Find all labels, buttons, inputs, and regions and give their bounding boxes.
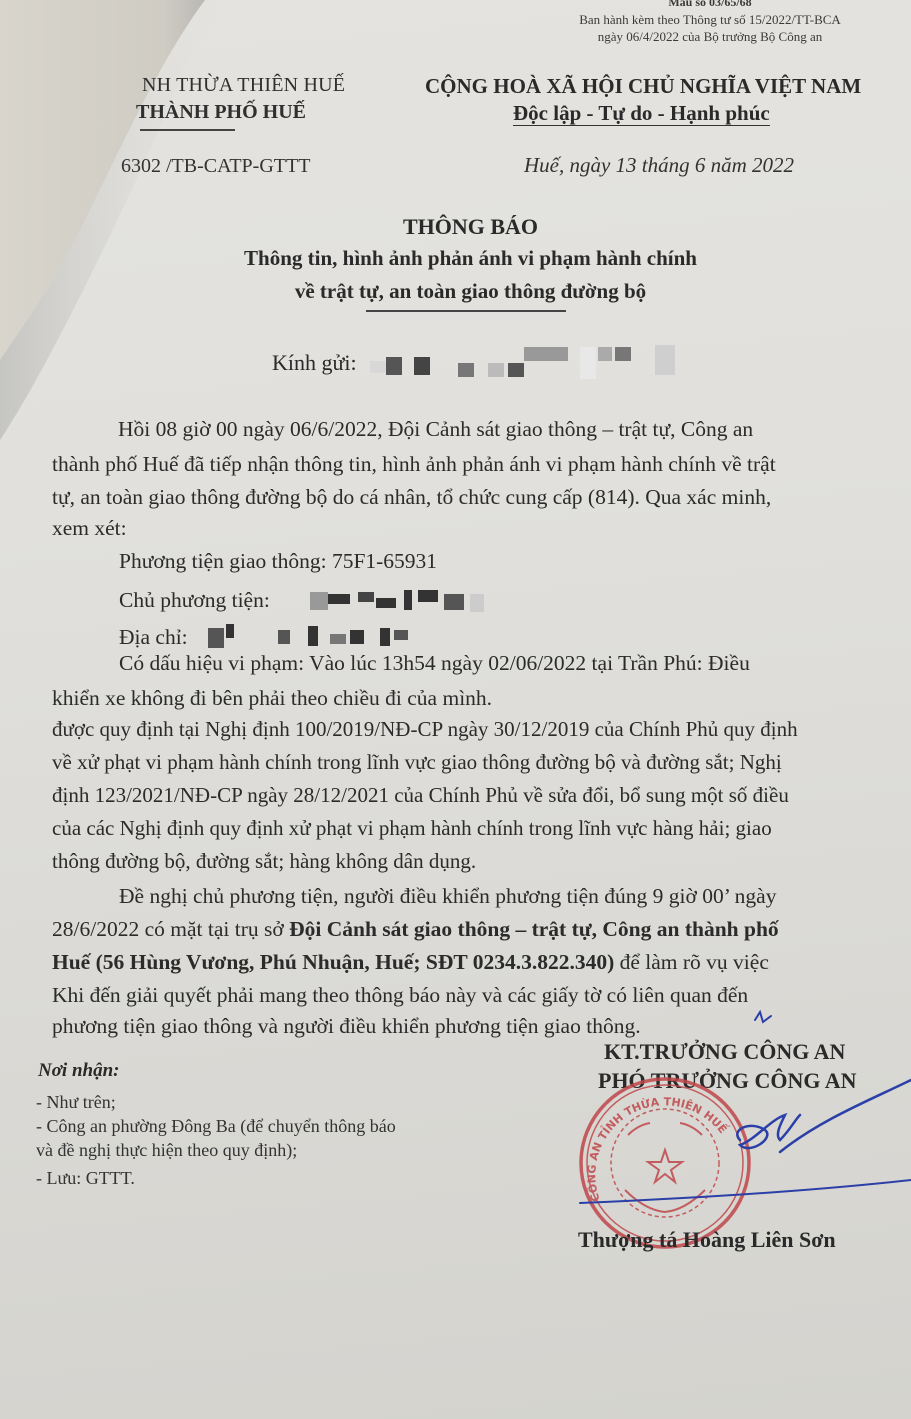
place-date: Huế, ngày 13 tháng 6 năm 2022 — [524, 153, 794, 178]
org-underline — [140, 129, 235, 131]
org-line-1: NH THỪA THIÊN HUẾ — [142, 74, 345, 97]
legal-line-5: thông đường bộ, đường sắt; hàng không dâ… — [52, 849, 476, 874]
signer-name: Thượng tá Hoàng Liên Sơn — [578, 1227, 836, 1253]
violation-line-2: khiển xe không đi bên phải theo chiều đi… — [52, 686, 492, 711]
recipient-item: - Công an phường Đông Ba (để chuyển thôn… — [36, 1116, 396, 1137]
stamp-text: CÔNG AN TỈNH THỪA THIÊN HUẾ — [585, 1095, 731, 1203]
document-number: 6302 /TB-CATP-GTTT — [121, 155, 310, 178]
request-line-1: Đề nghị chủ phương tiện, người điều khiể… — [119, 884, 776, 909]
request-line-5: phương tiện giao thông và người điều khi… — [52, 1014, 641, 1039]
intro-line-4: xem xét: — [52, 516, 127, 541]
intro-line-2: thành phố Huế đã tiếp nhận thông tin, hì… — [52, 452, 776, 477]
request-line-3: Huế (56 Hùng Vương, Phú Nhuận, Huế; SĐT … — [52, 950, 769, 975]
official-stamp-icon: CÔNG AN TỈNH THỪA THIÊN HUẾ — [581, 1079, 749, 1247]
vehicle-label: Phương tiện giao thông: — [119, 549, 327, 573]
form-code: Mẫu số 03/65/68 Ban hành kèm theo Thông … — [540, 0, 880, 45]
document-page: Mẫu số 03/65/68 Ban hành kèm theo Thông … — [0, 0, 911, 1419]
document-subtitle-2: về trật tự, an toàn giao thông đường bộ — [0, 279, 911, 304]
intro-line-3: tự, an toàn giao thông đường bộ do cá nh… — [52, 485, 771, 510]
form-code-date: ngày 06/4/2022 của Bộ trưởng Bộ Công an — [540, 28, 880, 45]
police-unit-name: Đội Cảnh sát giao thông – trật tự, Công … — [289, 917, 779, 941]
document-title: THÔNG BÁO — [0, 214, 911, 240]
form-code-number: Mẫu số 03/65/68 — [540, 0, 880, 11]
police-address: Huế (56 Hùng Vương, Phú Nhuận, Huế; SĐT … — [52, 950, 614, 974]
recipient-item: và đề nghị thực hiện theo quy định); — [36, 1140, 297, 1161]
recipient-item: - Lưu: GTTT. — [36, 1168, 135, 1189]
request-line-2-text: 28/6/2022 có mặt tại trụ sở — [52, 917, 289, 941]
recipients-title: Nơi nhận: — [38, 1060, 119, 1082]
request-line-3-text: để làm rõ vụ việc — [614, 950, 769, 974]
document-subtitle-1: Thông tin, hình ảnh phản ánh vi phạm hàn… — [0, 246, 911, 271]
legal-line-2: về xử phạt vi phạm hành chính trong lĩnh… — [52, 750, 782, 775]
vehicle-row: Phương tiện giao thông: 75F1-65931 — [119, 549, 437, 574]
request-line-2: 28/6/2022 có mặt tại trụ sở Đội Cảnh sát… — [52, 917, 779, 942]
legal-line-3: định 123/2021/NĐ-CP ngày 28/12/2021 của … — [52, 783, 789, 808]
signature-title-1: KT.TRƯỞNG CÔNG AN — [604, 1039, 845, 1065]
org-line-2: THÀNH PHỐ HUẾ — [136, 101, 306, 124]
redacted-recipient — [370, 345, 675, 379]
form-code-circular: Ban hành kèm theo Thông tư số 15/2022/TT… — [540, 11, 880, 28]
legal-line-4: của các Nghị định quy định xử phạt vi ph… — [52, 816, 772, 841]
national-motto: Độc lập - Tự do - Hạnh phúc — [513, 101, 770, 126]
redacted-address — [208, 620, 453, 650]
signature-title-2: PHÓ TRƯỞNG CÔNG AN — [598, 1068, 857, 1094]
request-line-4: Khi đến giải quyết phải mang theo thông … — [52, 983, 748, 1008]
nation-name: CỘNG HOÀ XÃ HỘI CHỦ NGHĨA VIỆT NAM — [425, 74, 861, 99]
svg-text:CÔNG AN TỈNH THỪA THIÊN HUẾ: CÔNG AN TỈNH THỪA THIÊN HUẾ — [585, 1095, 731, 1203]
intro-line-1: Hồi 08 giờ 00 ngày 06/6/2022, Đội Cảnh s… — [118, 417, 753, 442]
legal-line-1: được quy định tại Nghị định 100/2019/NĐ-… — [52, 717, 798, 742]
redacted-owner — [304, 588, 534, 616]
vehicle-plate: 75F1-65931 — [332, 549, 437, 573]
title-underline — [366, 310, 566, 312]
greeting-label: Kính gửi: — [272, 350, 357, 376]
owner-label: Chủ phương tiện: — [119, 588, 270, 613]
recipient-item: - Như trên; — [36, 1092, 116, 1113]
violation-line-1: Có dấu hiệu vi phạm: Vào lúc 13h54 ngày … — [119, 651, 750, 676]
address-label: Địa chỉ: — [119, 625, 188, 650]
